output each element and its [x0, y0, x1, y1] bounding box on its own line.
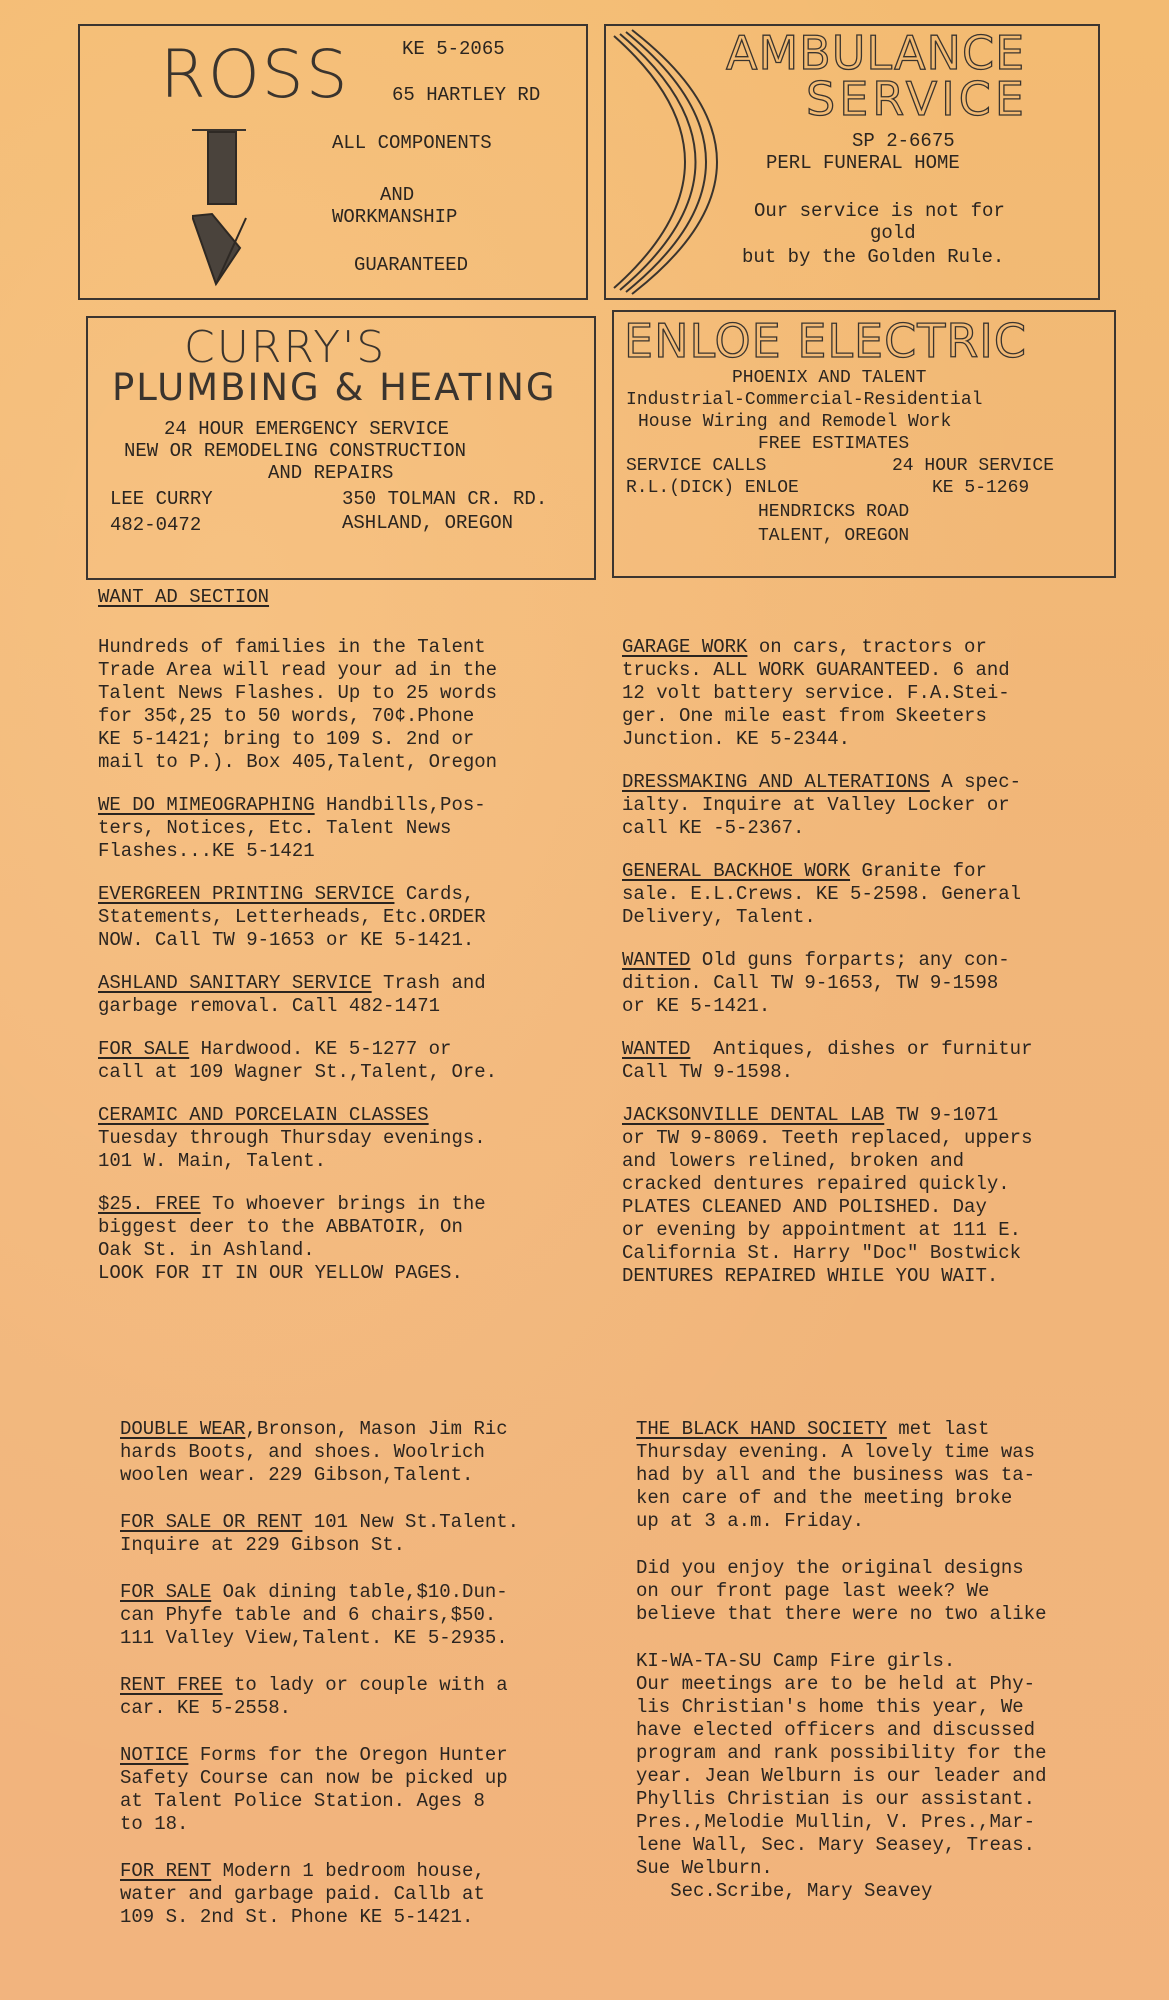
want-ad-item: WE DO MIMEOGRAPHING Handbills,Pos- ters,…: [98, 794, 618, 863]
want-ad-body: Tuesday through Thursday evenings. 101 W…: [98, 1127, 486, 1172]
want-ad-heading: ASHLAND SANITARY SERVICE: [98, 972, 372, 994]
enloe-line-1: PHOENIX AND TALENT: [732, 368, 926, 388]
ambulance-service-ad: AMBULANCE SERVICE SP 2-6675 PERL FUNERAL…: [604, 24, 1100, 300]
ross-phone: KE 5-2065: [402, 38, 505, 60]
want-ad-item: NOTICE Forms for the Oregon Hunter Safet…: [120, 1744, 640, 1836]
want-ad-body: KI-WA-TA-SU Camp Fire girls. Our meeting…: [636, 1650, 1046, 1902]
want-ad-heading: FOR RENT: [120, 1860, 211, 1882]
enloe-line-3: House Wiring and Remodel Work: [638, 412, 951, 432]
ambulance-slogan-3: but by the Golden Rule.: [742, 246, 1004, 268]
ambulance-title-2: SERVICE: [806, 74, 1028, 124]
want-ad-item: EVERGREEN PRINTING SERVICE Cards, Statem…: [98, 883, 618, 952]
want-ad-item: FOR SALE OR RENT 101 New St.Talent. Inqu…: [120, 1511, 640, 1557]
tv-arrow-icon: [192, 128, 262, 288]
want-ad-heading: FOR SALE OR RENT: [120, 1511, 302, 1533]
want-ad-item: ASHLAND SANITARY SERVICE Trash and garba…: [98, 972, 618, 1018]
want-ad-item: FOR SALE Oak dining table,$10.Dun- can P…: [120, 1581, 640, 1650]
want-ad-item: CERAMIC AND PORCELAIN CLASSES Tuesday th…: [98, 1104, 618, 1173]
ross-line1: ALL COMPONENTS: [332, 132, 492, 154]
curry-phone: 482-0472: [110, 514, 201, 536]
want-ad-heading: GARAGE WORK: [622, 636, 747, 658]
curry-line-1: 24 HOUR EMERGENCY SERVICE: [164, 418, 449, 440]
want-ad-item: JACKSONVILLE DENTAL LAB TW 9-1071 or TW …: [622, 1104, 1162, 1288]
ambulance-slogan-1: Our service is not for: [754, 200, 1005, 222]
want-ad-heading: JACKSONVILLE DENTAL LAB: [622, 1104, 884, 1126]
want-ad-heading: EVERGREEN PRINTING SERVICE: [98, 883, 394, 905]
curry-title-1: CURRY'S: [184, 324, 386, 372]
ross-line3: WORKMANSHIP: [332, 206, 457, 228]
curry-title-2: PLUMBING & HEATING: [112, 368, 557, 408]
want-ad-heading: WANTED: [622, 1038, 690, 1060]
want-ad-heading: NOTICE: [120, 1744, 188, 1766]
enloe-title: ENLOE ELECTRIC: [624, 316, 1027, 366]
enloe-right-1: 24 HOUR SERVICE: [892, 456, 1054, 476]
enloe-left-1: SERVICE CALLS: [626, 456, 766, 476]
want-ad-heading: DRESSMAKING AND ALTERATIONS: [622, 771, 930, 793]
want-ad-item: GENERAL BACKHOE WORK Granite for sale. E…: [622, 860, 1162, 929]
want-ad-body: Did you enjoy the original designs on ou…: [636, 1557, 1046, 1625]
want-ad-heading: WANTED: [622, 949, 690, 971]
want-ads-left-column: Hundreds of families in the Talent Trade…: [98, 636, 618, 1305]
want-ad-item: DRESSMAKING AND ALTERATIONS A spec- ialt…: [622, 771, 1162, 840]
enloe-line-4: FREE ESTIMATES: [758, 434, 909, 454]
ambulance-slogan-2: gold: [870, 222, 916, 244]
want-ad-heading: CERAMIC AND PORCELAIN CLASSES: [98, 1104, 429, 1126]
enloe-line-2: Industrial-Commercial-Residential: [626, 390, 982, 410]
ambulance-business: PERL FUNERAL HOME: [766, 152, 960, 174]
ambulance-title-1: AMBULANCE: [726, 28, 1025, 78]
currys-plumbing-ad: CURRY'S PLUMBING & HEATING 24 HOUR EMERG…: [86, 316, 596, 580]
want-ad-body: Hundreds of families in the Talent Trade…: [98, 636, 497, 773]
curry-address-1: 350 TOLMAN CR. RD.: [342, 488, 547, 510]
want-ad-heading: $25. FREE: [98, 1193, 201, 1215]
want-ad-item: RENT FREE to lady or couple with a car. …: [120, 1674, 640, 1720]
want-ad-item: Did you enjoy the original designs on ou…: [636, 1557, 1169, 1626]
ross-address: 65 HARTLEY RD: [392, 84, 540, 106]
curry-line-2: NEW OR REMODELING CONSTRUCTION: [124, 440, 466, 462]
want-ad-item: KI-WA-TA-SU Camp Fire girls. Our meeting…: [636, 1650, 1169, 1903]
want-ad-item: WANTED Old guns forparts; any con- ditio…: [622, 949, 1162, 1018]
want-ad-item: FOR RENT Modern 1 bedroom house, water a…: [120, 1860, 640, 1929]
want-ads-right-column: GARAGE WORK on cars, tractors or trucks.…: [622, 636, 1162, 1308]
want-ad-item: Hundreds of families in the Talent Trade…: [98, 636, 618, 774]
want-ad-body: TW 9-1071 or TW 9-8069. Teeth replaced, …: [622, 1104, 1032, 1287]
ross-name: ROSS: [160, 40, 350, 110]
want-ad-item: WANTED Antiques, dishes or furnitur Call…: [622, 1038, 1162, 1084]
want-ad-heading: RENT FREE: [120, 1674, 223, 1696]
enloe-line-6: TALENT, OREGON: [758, 526, 909, 546]
want-ads-lower-left-column: DOUBLE WEAR,Bronson, Mason Jim Ric hards…: [120, 1418, 640, 1953]
want-ad-item: GARAGE WORK on cars, tractors or trucks.…: [622, 636, 1162, 751]
ross-line2: AND: [380, 184, 414, 206]
want-ad-heading: FOR SALE: [120, 1581, 211, 1603]
want-ad-item: THE BLACK HAND SOCIETY met last Thursday…: [636, 1418, 1169, 1533]
want-ad-heading: WE DO MIMEOGRAPHING: [98, 794, 315, 816]
want-ad-heading: GENERAL BACKHOE WORK: [622, 860, 850, 882]
enloe-left-2: R.L.(DICK) ENLOE: [626, 478, 799, 498]
want-ad-section-title: WANT AD SECTION: [98, 586, 269, 608]
want-ad-heading: THE BLACK HAND SOCIETY: [636, 1418, 887, 1440]
curry-owner: LEE CURRY: [110, 488, 213, 510]
enloe-electric-ad: ENLOE ELECTRIC PHOENIX AND TALENT Indust…: [612, 310, 1116, 578]
want-ads-lower-right-column: THE BLACK HAND SOCIETY met last Thursday…: [636, 1418, 1169, 1927]
enloe-right-2: KE 5-1269: [932, 478, 1029, 498]
curry-address-2: ASHLAND, OREGON: [342, 512, 513, 534]
ross-line4: GUARANTEED: [354, 254, 468, 276]
ambulance-phone: SP 2-6675: [852, 130, 955, 152]
want-ad-heading: DOUBLE WEAR: [120, 1418, 245, 1440]
want-ad-item: FOR SALE Hardwood. KE 5-1277 or call at …: [98, 1038, 618, 1084]
want-ad-item: DOUBLE WEAR,Bronson, Mason Jim Ric hards…: [120, 1418, 640, 1487]
want-ad-item: $25. FREE To whoever brings in the bigge…: [98, 1193, 618, 1285]
curry-line-3: AND REPAIRS: [268, 462, 393, 484]
ross-tv-ad: ROSS KE 5-2065 65 HARTLEY RD ALL COMPONE…: [78, 24, 588, 300]
enloe-line-5: HENDRICKS ROAD: [758, 502, 909, 522]
want-ad-heading: FOR SALE: [98, 1038, 189, 1060]
